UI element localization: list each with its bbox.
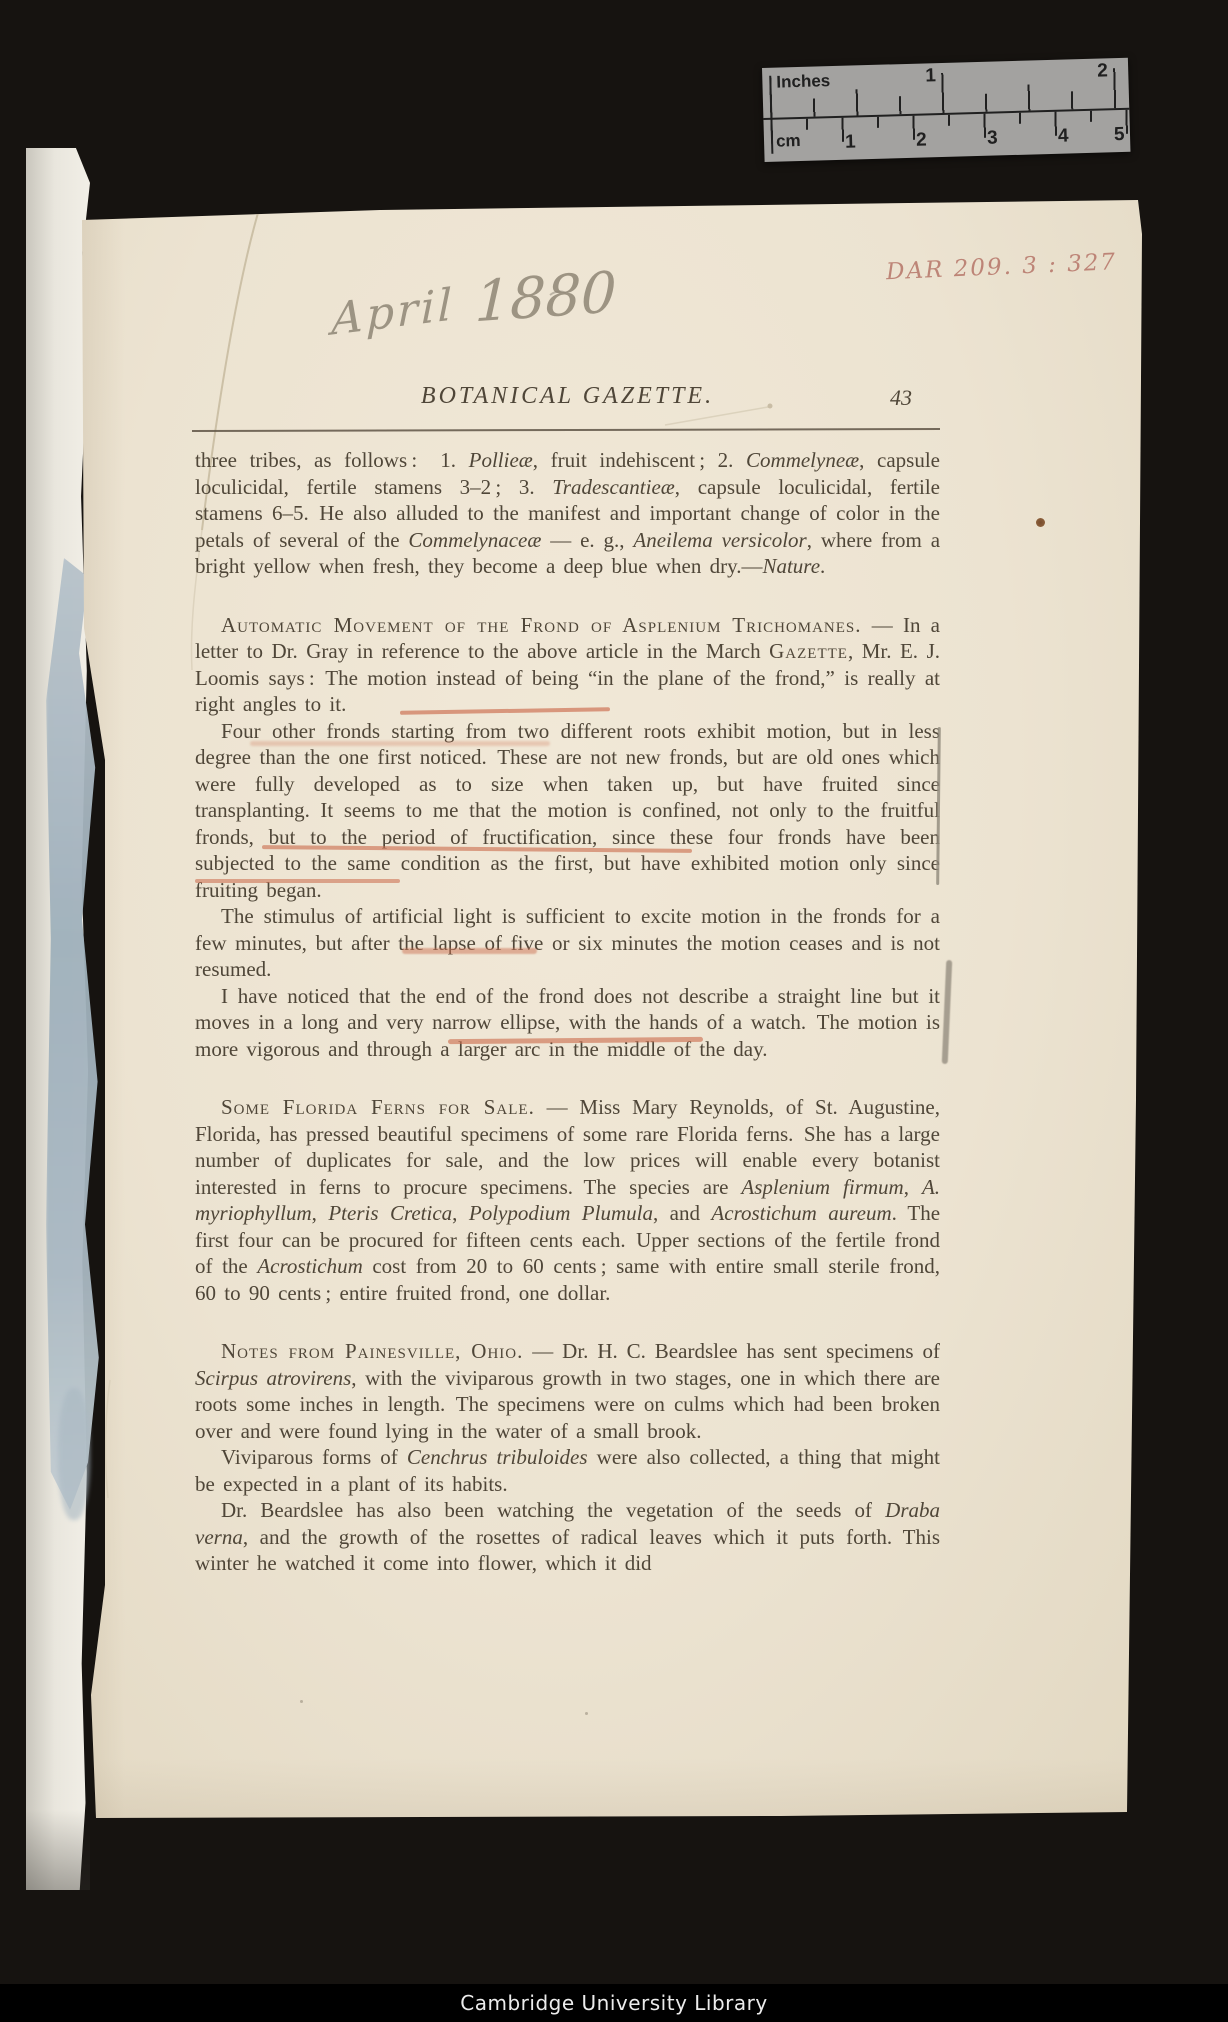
footer-bar: Cambridge University Library xyxy=(0,1984,1228,2022)
body-text: The stimulus of artificial light is suff… xyxy=(195,904,940,981)
paragraph: Viviparous forms of Cenchrus tribuloides… xyxy=(195,1444,940,1497)
paragraph: Dr. Beardslee has also been watching the… xyxy=(195,1497,940,1577)
body-text: , xyxy=(904,1175,922,1199)
page-title: BOTANICAL GAZETTE. xyxy=(195,383,940,410)
article-section-1: Automatic Movement of the Frond of Asple… xyxy=(195,612,940,1063)
species-name: Aneilema versicolor xyxy=(633,528,806,552)
pencil-date-month: April xyxy=(331,279,455,346)
ruler-cm-number: 5 xyxy=(1114,124,1125,146)
body-text: , and the growth of the rosettes of radi… xyxy=(195,1525,940,1576)
body-text: — Dr. H. C. Beardslee has sent specimens… xyxy=(523,1339,940,1363)
paragraph: three tribes, as follows : 1. Pollieæ, f… xyxy=(195,447,940,580)
measurement-ruler: Inches cm 1 2 1 2 3 4 5 xyxy=(762,58,1130,162)
header-rule xyxy=(192,428,940,432)
footer-label: Cambridge University Library xyxy=(460,1991,767,2015)
body-text: , xyxy=(452,1201,469,1225)
ruler-inch-number: 2 xyxy=(1097,60,1108,82)
page-header: BOTANICAL GAZETTE. 43 xyxy=(195,383,940,419)
section-heading-text: Gazette xyxy=(769,639,848,663)
pencil-margin-line xyxy=(942,960,953,1064)
section-heading-text: Notes from Painesville, Ohio. xyxy=(221,1339,523,1363)
blue-paper-edge-lower xyxy=(58,1388,90,1520)
red-pencil-underline xyxy=(402,948,537,954)
underlying-page-shadow xyxy=(26,1810,90,1890)
paragraph: The stimulus of artificial light is suff… xyxy=(195,903,940,983)
ruler-cm-number: 4 xyxy=(1058,125,1069,147)
red-pencil-underline xyxy=(195,879,400,883)
article-body: three tribes, as follows : 1. Pollieæ, f… xyxy=(195,447,940,1577)
species-name: Asplenium firmum xyxy=(741,1175,903,1199)
body-text: three tribes, as follows : 1. xyxy=(195,448,469,472)
body-text: I have noticed that the end of the frond… xyxy=(195,984,940,1061)
article-section-3: Notes from Painesville, Ohio. — Dr. H. C… xyxy=(195,1338,940,1577)
ruler-cm-number: 3 xyxy=(987,127,998,149)
species-name: Commelyneæ xyxy=(746,448,859,472)
article-section-2: Some Florida Ferns for Sale. — Miss Mary… xyxy=(195,1094,940,1306)
ruler-cm-number: 2 xyxy=(916,129,927,151)
page-number: 43 xyxy=(890,385,912,411)
species-name: Cenchrus tribuloides xyxy=(407,1445,588,1469)
paragraph: Automatic Movement of the Frond of Asple… xyxy=(195,612,940,718)
section-heading-text: Automatic Movement of the Frond of Asple… xyxy=(221,613,862,637)
body-text: , and xyxy=(653,1201,711,1225)
red-pencil-underline xyxy=(250,741,550,746)
species-name: Acrostichum xyxy=(257,1254,362,1278)
body-text: Viviparous forms of xyxy=(221,1445,407,1469)
foxing-dot xyxy=(1036,518,1045,527)
body-text: , fruit indehiscent ; 2. xyxy=(533,448,746,472)
species-name: Commelynaceæ xyxy=(408,528,541,552)
paper-speck xyxy=(585,1712,588,1715)
scan-background: { "colors":{ "bg":"#161310","page":"#ece… xyxy=(0,0,1228,2022)
pencil-date-year: 1880 xyxy=(474,260,618,336)
ruler-cm-number: 1 xyxy=(845,131,856,153)
section-heading-text: Some Florida Ferns for Sale. xyxy=(221,1095,535,1119)
species-name: Pollieæ xyxy=(469,448,533,472)
species-name: Pteris Cretica xyxy=(328,1201,452,1225)
species-name: Polypodium Plumula xyxy=(469,1201,653,1225)
paragraph: Some Florida Ferns for Sale. — Miss Mary… xyxy=(195,1094,940,1306)
body-text: , xyxy=(312,1201,329,1225)
paper-speck xyxy=(300,1700,303,1703)
catalog-number-annotation: DAR 209. 3 : 327 xyxy=(886,249,1127,285)
paragraph: I have noticed that the end of the frond… xyxy=(195,983,940,1063)
document-page: April1880 DAR 209. 3 : 327 BOTANICAL GAZ… xyxy=(80,200,1143,1818)
species-name: Tradescantieæ xyxy=(552,475,675,499)
species-name: Scirpus atrovirens xyxy=(195,1366,351,1390)
body-text: . xyxy=(820,554,825,578)
ruler-inch-number: 1 xyxy=(925,65,936,87)
article-section-0: three tribes, as follows : 1. Pollieæ, f… xyxy=(195,447,940,580)
pencil-date-annotation: April1880 xyxy=(327,249,619,348)
body-text: — e. g., xyxy=(541,528,633,552)
pencil-margin-line xyxy=(936,727,941,885)
species-name: Acrostichum aureum xyxy=(711,1201,891,1225)
paragraph: Notes from Painesville, Ohio. — Dr. H. C… xyxy=(195,1338,940,1444)
body-text: Dr. Beardslee has also been watching the… xyxy=(221,1498,885,1522)
species-name: Nature xyxy=(762,554,820,578)
